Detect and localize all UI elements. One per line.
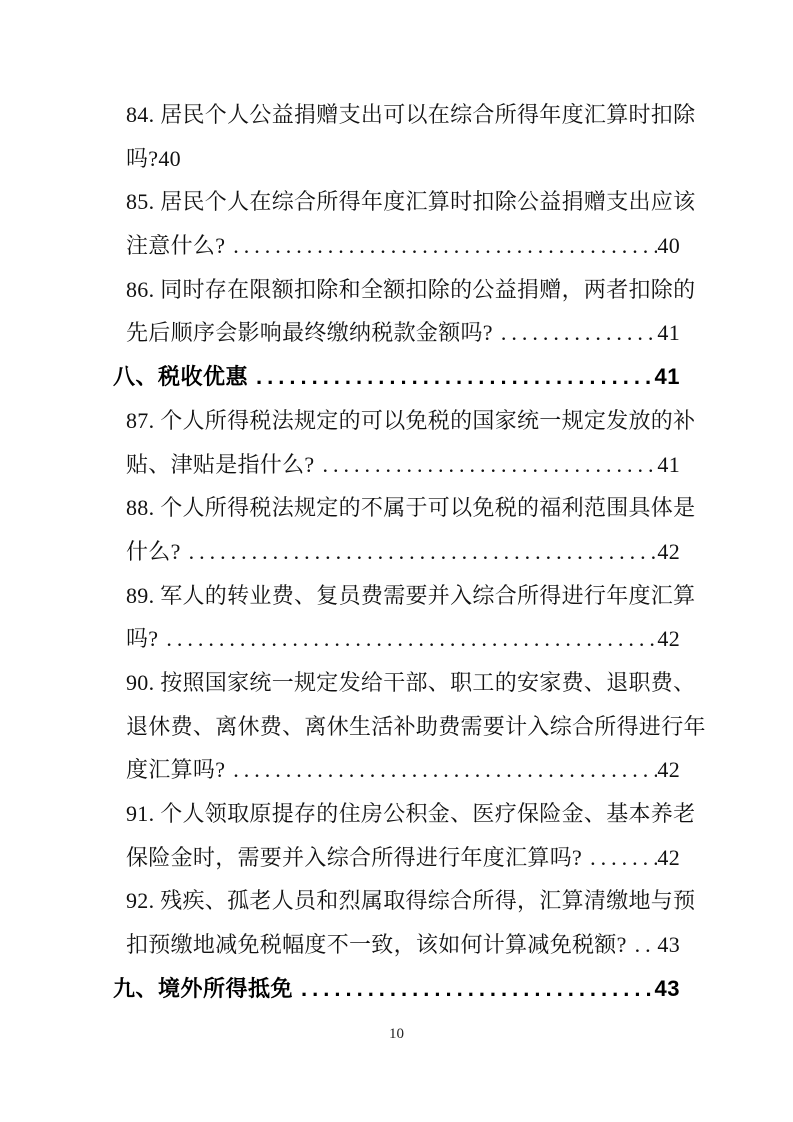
toc-entry-88-line-1[interactable]: 88. 个人所得税法规定的不属于可以免税的福利范围具体是 [113,486,680,530]
toc-heading-section-8[interactable]: 八、税收优惠 .................................… [113,355,680,399]
toc-heading-section-9[interactable]: 九、境外所得抵免 ...............................… [113,967,680,1011]
toc-entry-text: 贴、津贴是指什么? [126,443,314,487]
table-of-contents: 84. 居民个人公益捐赠支出可以在综合所得年度汇算时扣除 吗?40 85. 居民… [113,93,680,1010]
toc-entry-text: 85. 居民个人在综合所得年度汇算时扣除公益捐赠支出应该 [126,180,695,224]
page-number: 42 [657,748,680,792]
toc-entry-91-line-1[interactable]: 91. 个人领取原提存的住房公积金、医疗保险金、基本养老 [113,792,680,836]
toc-entry-89-line-2[interactable]: 吗? .....................................… [113,617,680,661]
toc-entry-text: 退休费、离休费、离休生活补助费需要计入综合所得进行年 [126,705,706,749]
dot-leader: ........................................… [158,617,657,661]
dot-leader: ........................................… [181,530,658,574]
toc-entry-text: 87. 个人所得税法规定的可以免税的国家统一规定发放的补 [126,399,695,443]
toc-entry-text: 90. 按照国家统一规定发给干部、职工的安家费、退职费、 [126,661,695,705]
dot-leader: ........................................… [293,967,655,1011]
toc-entry-90-line-1[interactable]: 90. 按照国家统一规定发给干部、职工的安家费、退职费、 [113,661,680,705]
dot-leader: ........................................… [225,224,657,268]
page-number: 43 [657,923,680,967]
toc-entry-90-line-2[interactable]: 退休费、离休费、离休生活补助费需要计入综合所得进行年 [113,705,680,749]
toc-entry-87-line-1[interactable]: 87. 个人所得税法规定的可以免税的国家统一规定发放的补 [113,399,680,443]
page-number: 43 [655,967,680,1011]
toc-entry-text: 注意什么? [126,224,225,268]
toc-heading-text: 九、境外所得抵免 [113,967,293,1011]
toc-entry-91-line-2[interactable]: 保险金时，需要并入综合所得进行年度汇算吗? ..................… [113,836,680,880]
toc-entry-89-line-1[interactable]: 89. 军人的转业费、复员费需要并入综合所得进行年度汇算 [113,574,680,618]
toc-entry-85-line-2[interactable]: 注意什么? ..................................… [113,224,680,268]
dot-leader: ........................................… [225,748,657,792]
toc-entry-text: 84. 居民个人公益捐赠支出可以在综合所得年度汇算时扣除 [126,93,695,137]
dot-leader: ........................................… [493,311,658,355]
toc-entry-87-line-2[interactable]: 贴、津贴是指什么? ..............................… [113,443,680,487]
toc-entry-text: 吗?40 [126,137,181,181]
toc-entry-92-line-2[interactable]: 扣预缴地减免税幅度不一致，该如何计算减免税额? ................… [113,923,680,967]
toc-entry-86-line-2[interactable]: 先后顺序会影响最终缴纳税款金额吗? ......................… [113,311,680,355]
toc-entry-text: 扣预缴地减免税幅度不一致，该如何计算减免税额? [126,923,627,967]
dot-leader: ........................................… [248,355,655,399]
toc-entry-text: 吗? [126,617,158,661]
toc-entry-86-line-1[interactable]: 86. 同时存在限额扣除和全额扣除的公益捐赠，两者扣除的 [113,268,680,312]
document-page: 84. 居民个人公益捐赠支出可以在综合所得年度汇算时扣除 吗?40 85. 居民… [0,0,793,1122]
toc-entry-text: 先后顺序会影响最终缴纳税款金额吗? [126,311,493,355]
page-number: 42 [657,530,680,574]
page-number: 41 [657,443,680,487]
toc-entry-text: 86. 同时存在限额扣除和全额扣除的公益捐赠，两者扣除的 [126,268,695,312]
toc-entry-84-line-1[interactable]: 84. 居民个人公益捐赠支出可以在综合所得年度汇算时扣除 [113,93,680,137]
page-number: 41 [655,355,680,399]
dot-leader: ........................................… [582,836,657,880]
page-number: 42 [657,836,680,880]
toc-entry-84-line-2[interactable]: 吗?40 [113,137,680,181]
page-number: 40 [657,224,680,268]
toc-entry-text: 保险金时，需要并入综合所得进行年度汇算吗? [126,836,582,880]
footer-page-number: 10 [0,1026,793,1043]
toc-entry-text: 什么? [126,530,181,574]
toc-entry-90-line-3[interactable]: 度汇算吗? ..................................… [113,748,680,792]
toc-entry-text: 89. 军人的转业费、复员费需要并入综合所得进行年度汇算 [126,574,695,618]
dot-leader: ........................................… [314,443,657,487]
page-number: 41 [657,311,680,355]
toc-entry-text: 88. 个人所得税法规定的不属于可以免税的福利范围具体是 [126,486,695,530]
toc-entry-92-line-1[interactable]: 92. 残疾、孤老人员和烈属取得综合所得，汇算清缴地与预 [113,879,680,923]
toc-entry-85-line-1[interactable]: 85. 居民个人在综合所得年度汇算时扣除公益捐赠支出应该 [113,180,680,224]
toc-entry-text: 92. 残疾、孤老人员和烈属取得综合所得，汇算清缴地与预 [126,879,695,923]
toc-entry-text: 度汇算吗? [126,748,225,792]
toc-entry-88-line-2[interactable]: 什么? ....................................… [113,530,680,574]
toc-heading-text: 八、税收优惠 [113,355,248,399]
page-number: 42 [657,617,680,661]
dot-leader: ........................................… [627,923,658,967]
toc-entry-text: 91. 个人领取原提存的住房公积金、医疗保险金、基本养老 [126,792,695,836]
